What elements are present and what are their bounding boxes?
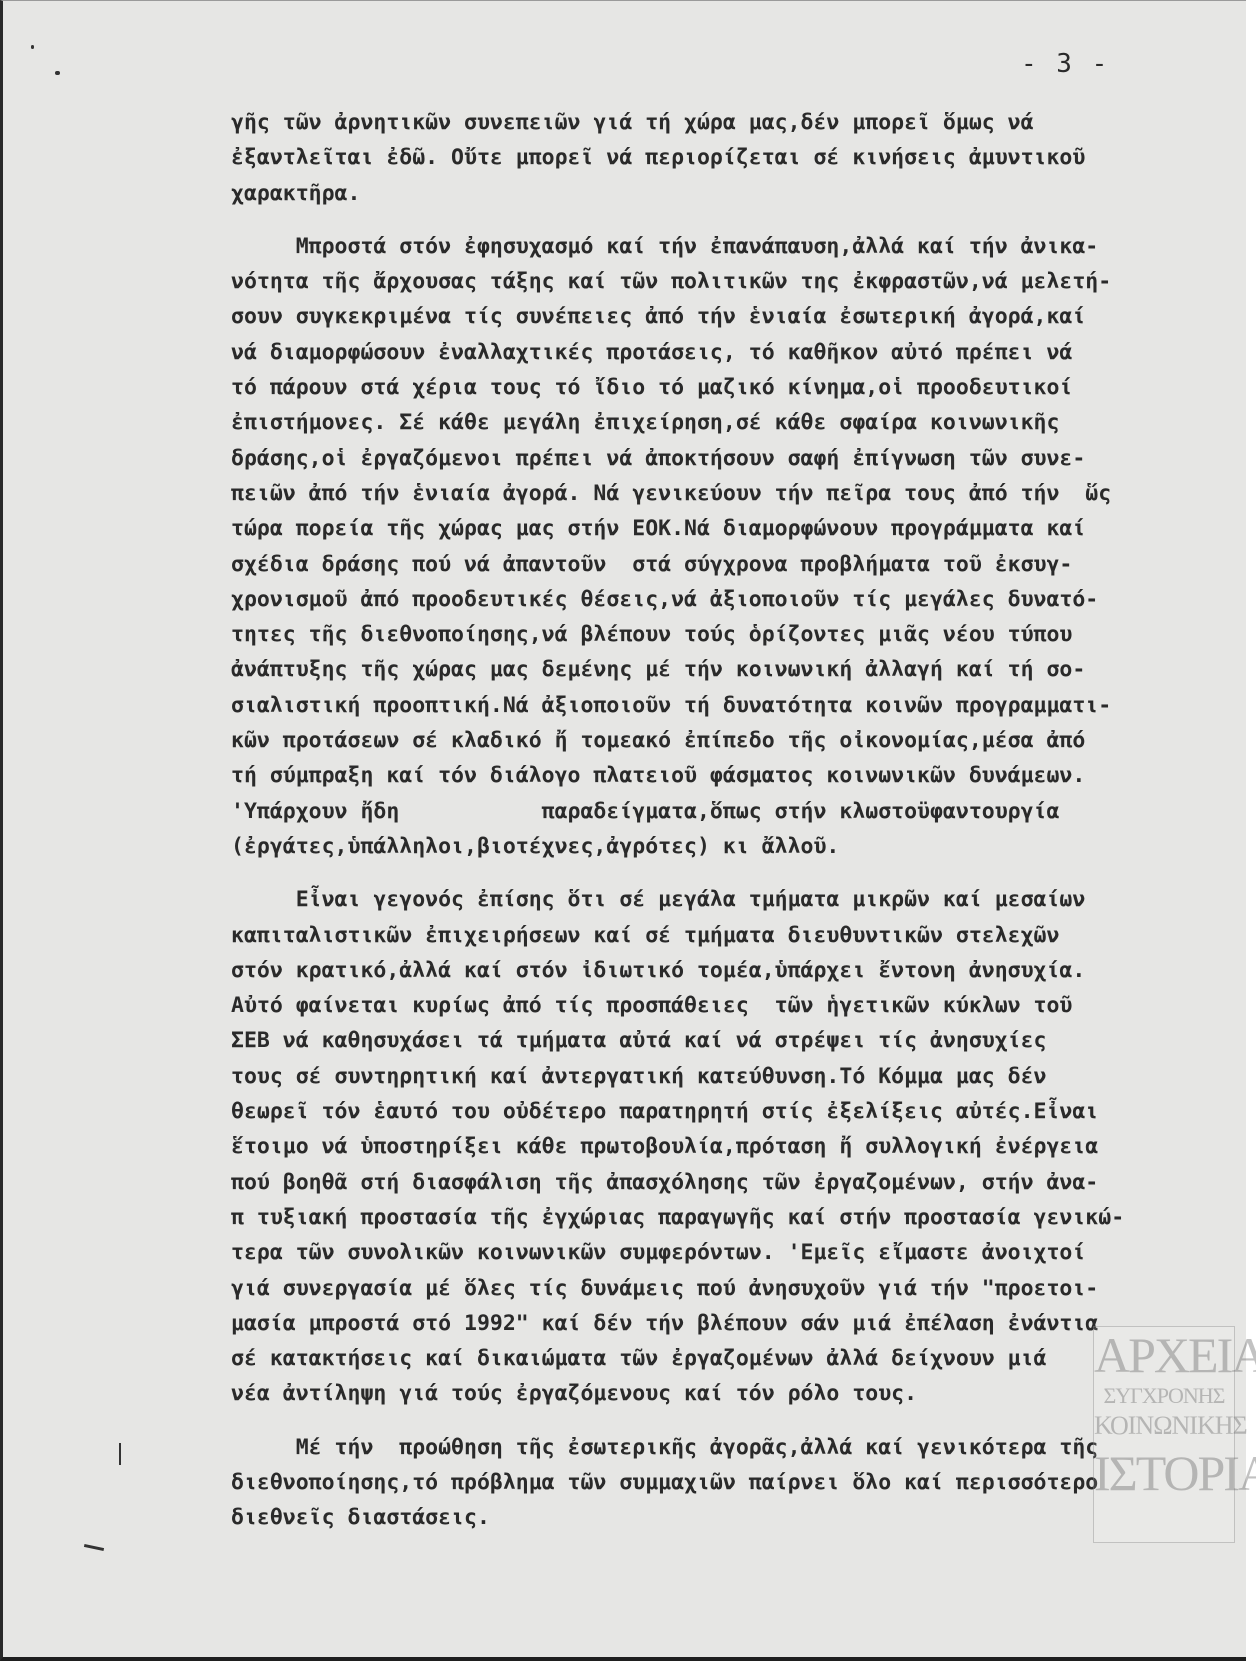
text-line: διεθνοποίησης,τό πρόβλημα τῶν συμμαχιῶν … [231,1465,1241,1500]
text-line: θεωρεῖ τόν ἑαυτό του οὐδέτερο παρατηρητή… [231,1094,1241,1129]
text-line: τή σύμπραξη καί τόν διάλογο πλατειοῦ φάσ… [231,758,1241,793]
scanned-page: - 3 - γῆς τῶν ἀρνητικῶν συνεπειῶν γιά τή… [0,0,1246,1661]
paragraph: Μέ τήν προώθηση τῆς ἐσωτερικῆς ἀγορᾶς,ἀλ… [231,1430,1241,1536]
text-line: τους σέ συντηρητική καί ἀντεργατική κατε… [231,1059,1241,1094]
text-line: σουν συγκεκριμένα τίς συνέπειες ἀπό τήν … [231,299,1241,334]
text-line: 'Υπάρχουν ἤδη παραδείγματα,ὅπως στήν κλω… [231,794,1241,829]
paragraph-gap [231,211,1241,229]
text-line: σέ κατακτήσεις καί δικαιώματα τῶν ἐργαζο… [231,1341,1241,1376]
text-line: τερα τῶν συνολικῶν κοινωνικῶν συμφερόντω… [231,1235,1241,1270]
text-line: Εἶναι γεγονός ἐπίσης ὅτι σέ μεγάλα τμήμα… [231,882,1241,917]
text-line: τώρα πορεία τῆς χώρας μας στήν ΕΟΚ.Νά δι… [231,511,1241,546]
text-line: χαρακτῆρα. [231,176,1241,211]
text-line: σχέδια δράσης πού νά ἀπαντοῦν στά σύγχρο… [231,547,1241,582]
text-line: γῆς τῶν ἀρνητικῶν συνεπειῶν γιά τή χώρα … [231,105,1241,140]
margin-pencil-mark [84,1544,104,1551]
paragraph: Μπροστά στόν ἐφησυχασμό καί τήν ἐπανάπαυ… [231,229,1241,864]
text-line: π τυξιακή προστασία τῆς ἐγχώριας παραγωγ… [231,1200,1241,1235]
page-number: - 3 - [1021,49,1109,79]
ink-speck [31,45,34,49]
text-line: στόν κρατικό,ἀλλά καί στόν ἰδιωτικό τομέ… [231,953,1241,988]
text-line: Αὐτό φαίνεται κυρίως ἀπό τίς προσπάθειες… [231,988,1241,1023]
document-body: γῆς τῶν ἀρνητικῶν συνεπειῶν γιά τή χώρα … [231,105,1241,1536]
text-line: ἐξαντλεῖται ἐδῶ. Οὔτε μπορεῖ νά περιορίζ… [231,140,1241,175]
text-line: ἐπιστήμονες. Σέ κάθε μεγάλη ἐπιχείρηση,σ… [231,405,1241,440]
text-line: πειῶν ἀπό τήν ἑνιαία ἀγορά. Νά γενικεύου… [231,476,1241,511]
text-line: χρονισμοῦ ἀπό προοδευτικές θέσεις,νά ἀξι… [231,582,1241,617]
text-line: σιαλιστική προοπτική.Νά ἀξιοποιοῦν τή δυ… [231,688,1241,723]
text-line: νότητα τῆς ἄρχουσας τάξης καί τῶν πολιτι… [231,264,1241,299]
ink-speck [55,71,60,75]
paragraph-gap [231,1412,1241,1430]
text-line: (ἐργάτες,ὑπάλληλοι,βιοτέχνες,ἀγρότες) κι… [231,829,1241,864]
text-line: ἀνάπτυξης τῆς χώρας μας δεμένης μέ τήν κ… [231,652,1241,687]
paragraph: γῆς τῶν ἀρνητικῶν συνεπειῶν γιά τή χώρα … [231,105,1241,211]
text-line: τό πάρουν στά χέρια τους τό ἴδιο τό μαζι… [231,370,1241,405]
text-line: νά διαμορφώσουν ἐναλλαχτικές προτάσεις, … [231,335,1241,370]
margin-pencil-mark [119,1443,121,1465]
text-line: ΣΕΒ νά καθησυχάσει τά τμήματα αὐτά καί ν… [231,1023,1241,1058]
text-line: πού βοηθᾶ στή διασφάλιση τῆς ἀπασχόλησης… [231,1165,1241,1200]
text-line: διεθνεῖς διαστάσεις. [231,1500,1241,1535]
text-line: νέα ἀντίληψη γιά τούς ἐργαζόμενους καί τ… [231,1376,1241,1411]
text-line: Μέ τήν προώθηση τῆς ἐσωτερικῆς ἀγορᾶς,ἀλ… [231,1430,1241,1465]
paragraph: Εἶναι γεγονός ἐπίσης ὅτι σέ μεγάλα τμήμα… [231,882,1241,1411]
text-line: δράσης,οἱ ἐργαζόμενοι πρέπει νά ἀποκτήσο… [231,441,1241,476]
text-line: Μπροστά στόν ἐφησυχασμό καί τήν ἐπανάπαυ… [231,229,1241,264]
text-line: γιά συνεργασία μέ ὅλες τίς δυνάμεις πού … [231,1271,1241,1306]
text-line: ἕτοιμο νά ὑποστηρίξει κάθε πρωτοβουλία,π… [231,1129,1241,1164]
text-line: μασία μπροστά στό 1992" καί δέν τήν βλέπ… [231,1306,1241,1341]
text-line: καπιταλιστικῶν ἐπιχειρήσεων καί σέ τμήμα… [231,918,1241,953]
text-line: τητες τῆς διεθνοποίησης,νά βλέπουν τούς … [231,617,1241,652]
paragraph-gap [231,864,1241,882]
text-line: κῶν προτάσεων σέ κλαδικό ἤ τομεακό ἐπίπε… [231,723,1241,758]
